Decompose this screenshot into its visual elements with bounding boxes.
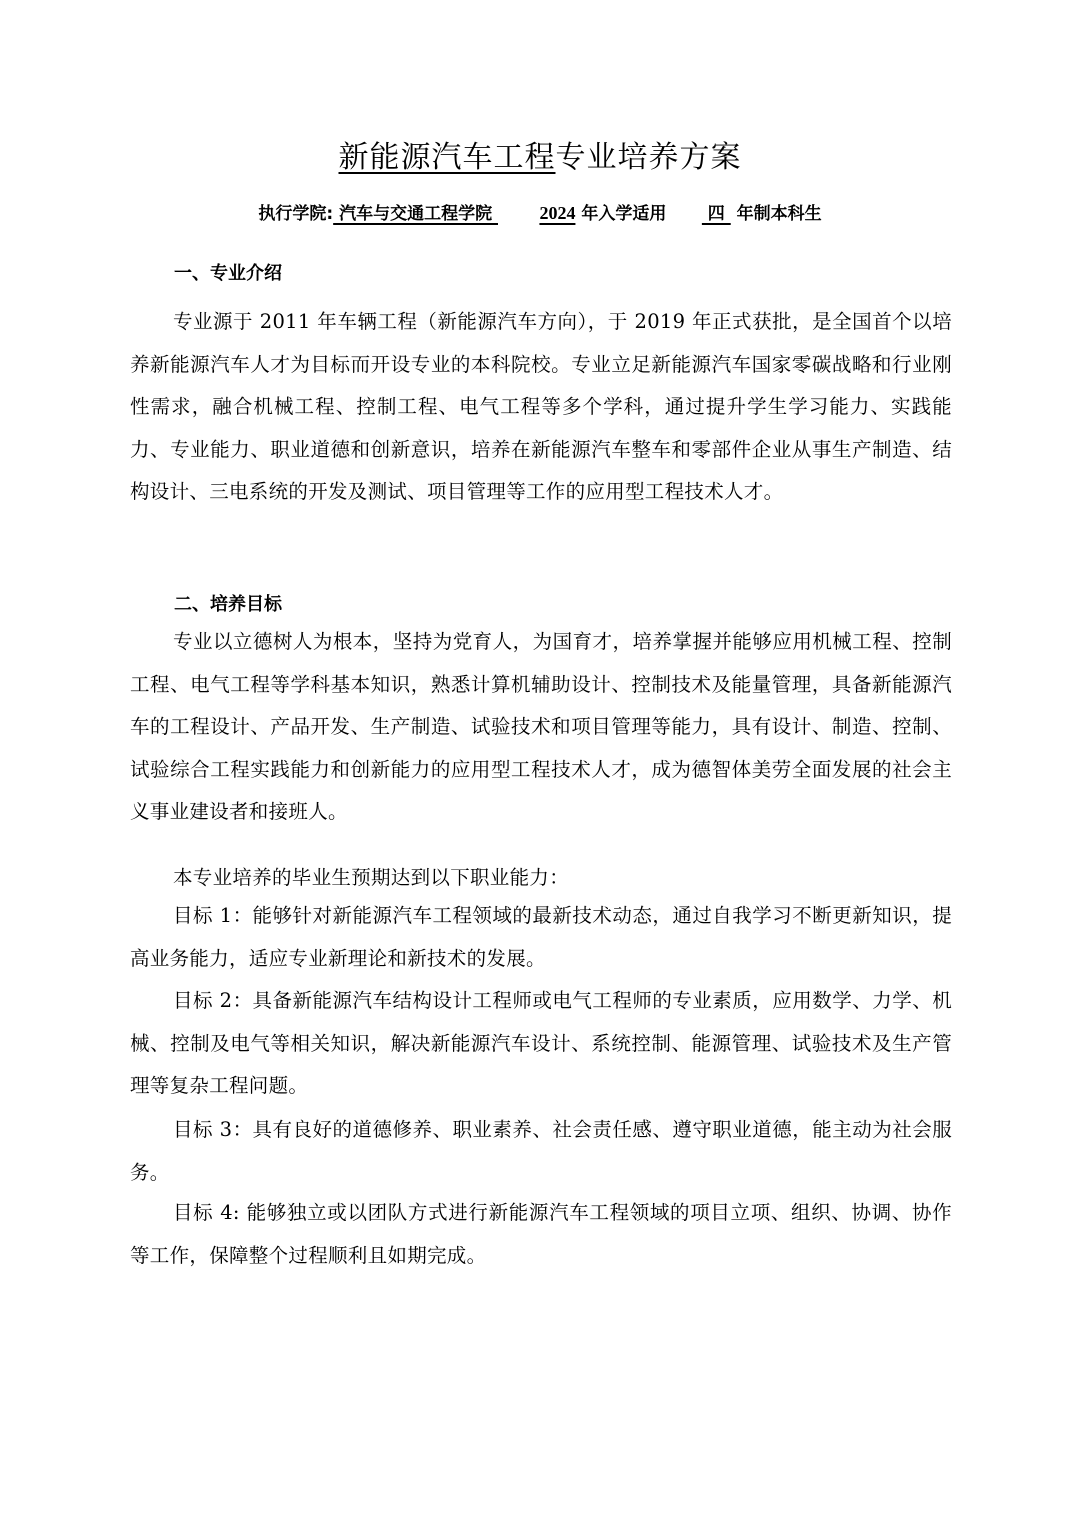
document-subtitle: 执行学院: 汽车与交通工程学院 2024 年入学适用 四 年制本科生 [0, 199, 1080, 228]
objectives-paragraph: 专业以立德树人为根本，坚持为党育人，为国育才，培养掌握并能够应用机械工程、控制工… [130, 621, 952, 834]
section-heading-objectives: 二、培养目标 [174, 590, 282, 620]
goal-1: 目标 1：能够针对新能源汽车工程领域的最新技术动态，通过自我学习不断更新知识，提… [130, 895, 952, 980]
goal-3: 目标 3：具有良好的道德修养、职业素养、社会责任感、遵守职业道德，能主动为社会服… [130, 1109, 952, 1194]
title-major-name: 新能源汽车工程 [339, 140, 556, 175]
abilities-intro: 本专业培养的毕业生预期达到以下职业能力： [130, 862, 952, 894]
subtitle-college: 汽车与交通工程学院 [333, 204, 498, 224]
subtitle-duration-suffix: 年制本科生 [731, 204, 822, 224]
subtitle-year: 2024 [539, 203, 575, 223]
subtitle-duration: 四 [702, 204, 731, 224]
subtitle-label: 执行学院: [258, 204, 333, 224]
goal-4: 目标 4: 能够独立或以团队方式进行新能源汽车工程领域的项目立项、组织、协调、协… [130, 1192, 952, 1277]
goal-2: 目标 2：具备新能源汽车结构设计工程师或电气工程师的专业素质，应用数学、力学、机… [130, 980, 952, 1108]
intro-paragraph: 专业源于 2011 年车辆工程（新能源汽车方向），于 2019 年正式获批，是全… [130, 301, 952, 514]
subtitle-year-suffix: 年入学适用 [575, 204, 666, 224]
section-heading-intro: 一、专业介绍 [174, 259, 282, 289]
document-title: 新能源汽车工程专业培养方案 [0, 138, 1080, 178]
document-page: 新能源汽车工程专业培养方案 执行学院: 汽车与交通工程学院 2024 年入学适用… [0, 0, 1080, 1523]
title-suffix: 专业培养方案 [556, 140, 742, 175]
